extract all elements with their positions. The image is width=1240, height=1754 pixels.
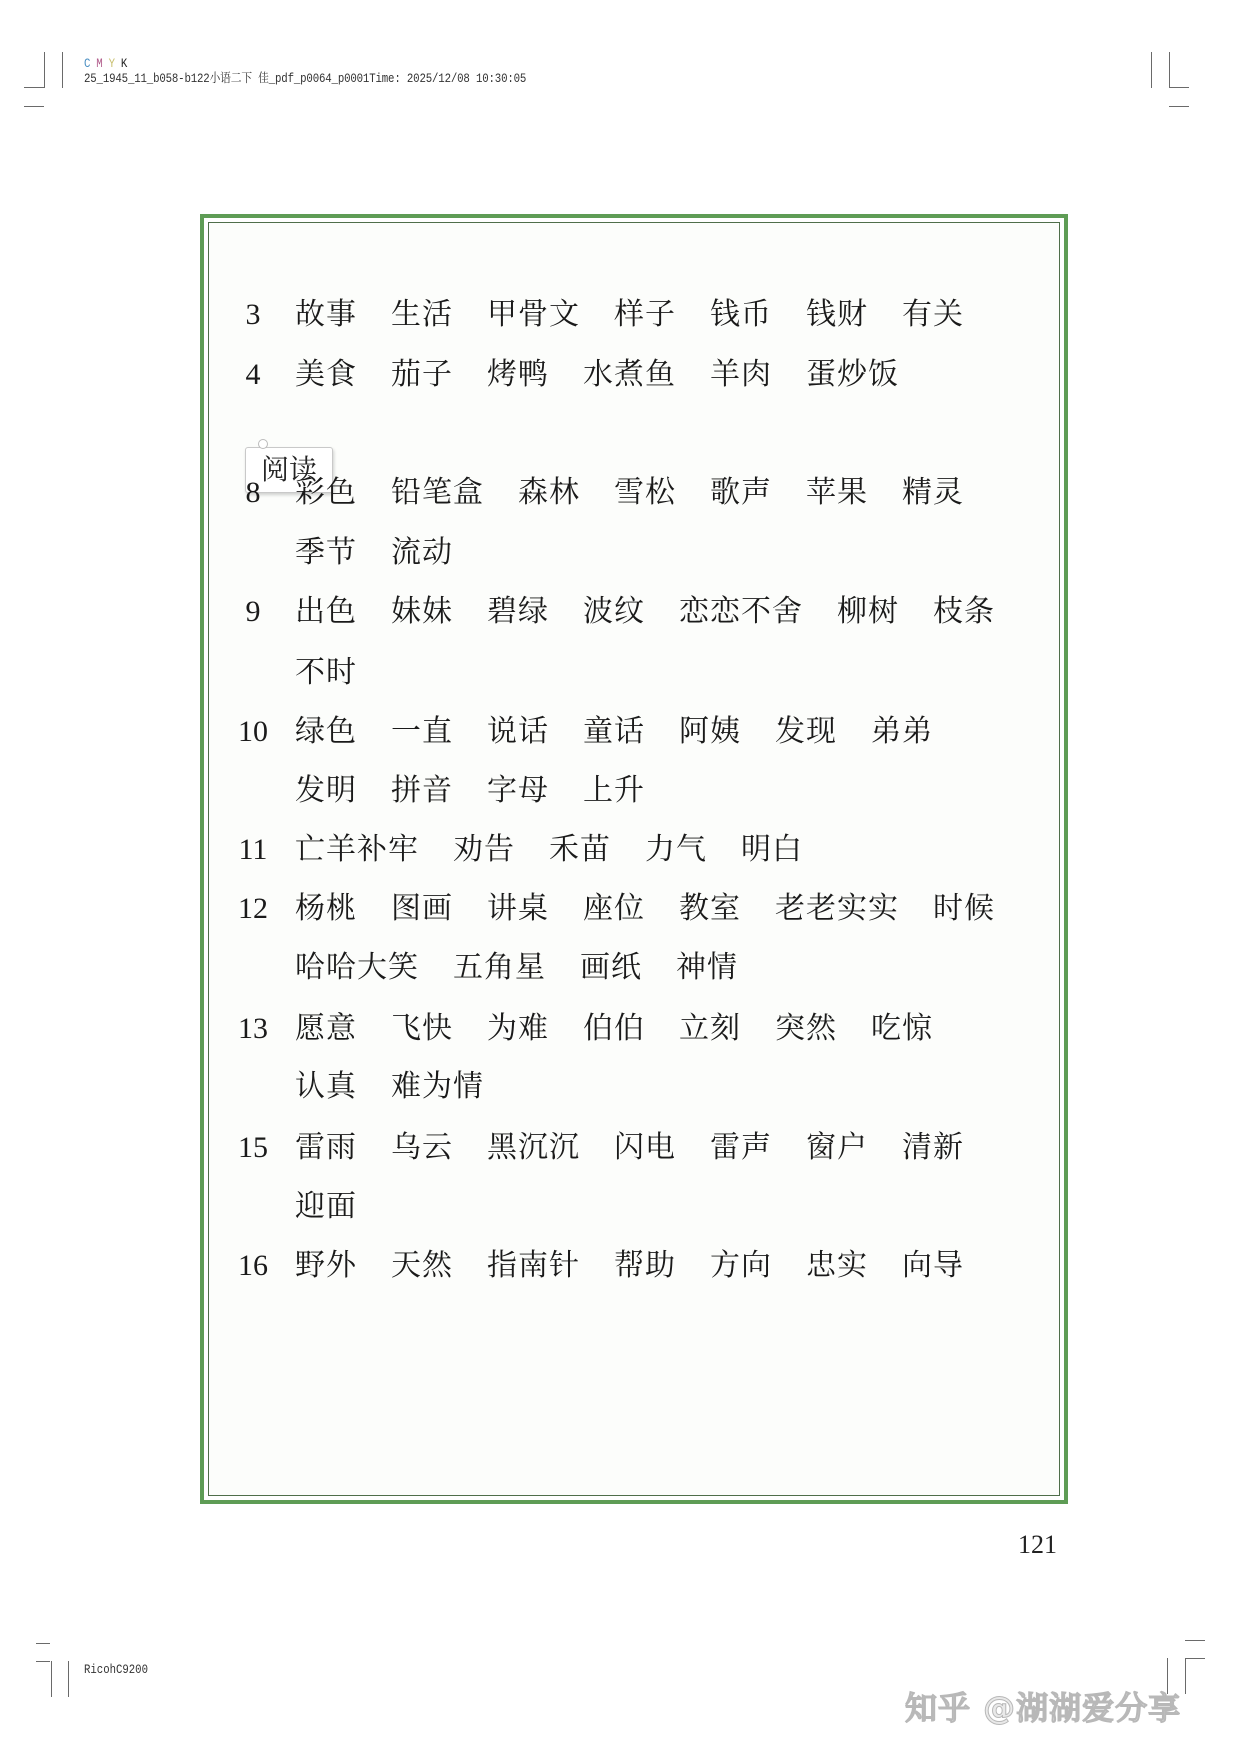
vocabulary-word: 杨桃 <box>295 889 357 929</box>
word-list: 亡羊补牢劝告禾苗力气明白 <box>295 830 837 870</box>
word-list: 发明拼音字母上升 <box>295 771 679 811</box>
vocabulary-word: 生活 <box>391 295 453 335</box>
vocabulary-word: 波纹 <box>583 592 645 632</box>
vocabulary-word: 闪电 <box>614 1128 676 1168</box>
lesson-row: 8彩色铅笔盒森林雪松歌声苹果精灵 <box>209 473 1059 513</box>
crop-mark-tl-v2 <box>62 52 63 88</box>
lesson-number: 3 <box>223 295 283 335</box>
word-list: 愿意飞快为难伯伯立刻突然吃惊 <box>295 1009 967 1049</box>
print-job-line: 25_1945_11_b058-b122小语二下 佳_pdf_p0064_p00… <box>84 72 526 87</box>
vocabulary-word: 茄子 <box>391 355 453 395</box>
word-list: 迎面 <box>295 1187 391 1227</box>
vocabulary-word: 甲骨文 <box>487 295 580 335</box>
vocabulary-word: 天然 <box>391 1246 453 1286</box>
lesson-row: 10绿色一直说话童话阿姨发现弟弟 <box>209 712 1059 752</box>
vocabulary-word: 美食 <box>295 355 357 395</box>
vocabulary-word: 讲桌 <box>487 889 549 929</box>
watermark: 知乎 @湖湖爱分享 <box>905 1683 1181 1729</box>
vocabulary-word: 拼音 <box>391 771 453 811</box>
vocabulary-word: 清新 <box>902 1128 964 1168</box>
vocabulary-word: 水煮鱼 <box>583 355 676 395</box>
vocabulary-word: 座位 <box>583 889 645 929</box>
lesson-row: 迎面 <box>209 1187 1059 1227</box>
lesson-row: 11亡羊补牢劝告禾苗力气明白 <box>209 830 1059 870</box>
crop-mark-bl-v1 <box>51 1661 52 1697</box>
crop-mark-br-v1 <box>1185 1658 1186 1694</box>
vocabulary-word: 字母 <box>487 771 549 811</box>
vocabulary-word: 钱币 <box>710 295 772 335</box>
vocabulary-word: 精灵 <box>902 473 964 513</box>
vocabulary-word: 雷声 <box>710 1128 772 1168</box>
vocabulary-word: 教室 <box>679 889 741 929</box>
vocabulary-word: 上升 <box>583 771 645 811</box>
vocabulary-word: 吃惊 <box>871 1009 933 1049</box>
vocabulary-word: 黑沉沉 <box>487 1128 580 1168</box>
lesson-row: 认真难为情 <box>209 1067 1059 1107</box>
vocabulary-word: 哈哈大笑 <box>295 948 419 988</box>
vocabulary-word: 明白 <box>741 830 803 870</box>
vocabulary-word: 发明 <box>295 771 357 811</box>
vocabulary-word: 禾苗 <box>549 830 611 870</box>
crop-mark-bl-h2 <box>36 1661 50 1662</box>
vocabulary-word: 飞快 <box>391 1009 453 1049</box>
lesson-number: 11 <box>223 830 283 870</box>
word-list: 出色妹妹碧绿波纹恋恋不舍柳树枝条 <box>295 592 1029 632</box>
vocabulary-word: 帮助 <box>614 1246 676 1286</box>
word-list: 不时 <box>295 653 391 693</box>
vocabulary-word: 伯伯 <box>583 1009 645 1049</box>
vocabulary-word: 绿色 <box>295 712 357 752</box>
vocabulary-word: 迎面 <box>295 1187 357 1227</box>
crop-mark-tl-h2 <box>24 106 44 107</box>
vocabulary-word: 枝条 <box>933 592 995 632</box>
crop-mark-tr-h2 <box>1169 106 1189 107</box>
vocabulary-word: 铅笔盒 <box>391 473 484 513</box>
crop-mark-tl-v1 <box>44 52 45 88</box>
vocabulary-word: 歌声 <box>710 473 772 513</box>
word-list: 认真难为情 <box>295 1067 518 1107</box>
word-list: 哈哈大笑五角星画纸神情 <box>295 948 772 988</box>
vocabulary-word: 画纸 <box>580 948 642 988</box>
vocabulary-word: 认真 <box>295 1067 357 1107</box>
lesson-number: 10 <box>223 712 283 752</box>
vocabulary-word: 出色 <box>295 592 357 632</box>
vocabulary-word: 钱财 <box>806 295 868 335</box>
vocabulary-word: 为难 <box>487 1009 549 1049</box>
lesson-row: 9出色妹妹碧绿波纹恋恋不舍柳树枝条 <box>209 592 1059 632</box>
vocabulary-word: 不时 <box>295 653 357 693</box>
vocabulary-word: 时候 <box>933 889 995 929</box>
lesson-row: 发明拼音字母上升 <box>209 771 1059 811</box>
vocabulary-word: 彩色 <box>295 473 357 513</box>
crop-mark-br-h1 <box>1185 1640 1205 1641</box>
vocabulary-word: 图画 <box>391 889 453 929</box>
word-list: 彩色铅笔盒森林雪松歌声苹果精灵 <box>295 473 998 513</box>
lesson-row: 季节流动 <box>209 533 1059 573</box>
vocabulary-word: 老老实实 <box>775 889 899 929</box>
crop-mark-tr-v2 <box>1169 52 1170 88</box>
crop-mark-br-h2 <box>1185 1658 1205 1659</box>
vocabulary-word: 乌云 <box>391 1128 453 1168</box>
vocabulary-word: 季节 <box>295 533 357 573</box>
vocabulary-word: 柳树 <box>837 592 899 632</box>
lesson-row: 哈哈大笑五角星画纸神情 <box>209 948 1059 988</box>
crop-mark-tr-h1 <box>1169 87 1189 88</box>
vocabulary-word: 愿意 <box>295 1009 357 1049</box>
word-list: 杨桃图画讲桌座位教室老老实实时候 <box>295 889 1029 929</box>
vocabulary-word: 蛋炒饭 <box>806 355 899 395</box>
cmyk-y: Y <box>109 57 115 71</box>
crop-mark-bl-v2 <box>68 1661 69 1697</box>
vocabulary-word: 力气 <box>645 830 707 870</box>
crop-mark-tr-v1 <box>1151 52 1152 88</box>
lesson-row: 16野外天然指南针帮助方向忠实向导 <box>209 1246 1059 1286</box>
vocabulary-word: 立刻 <box>679 1009 741 1049</box>
crop-mark-tl-h1 <box>24 87 44 88</box>
vocabulary-word: 苹果 <box>806 473 868 513</box>
vocabulary-word: 雷雨 <box>295 1128 357 1168</box>
cmyk-c: C <box>84 57 90 71</box>
tag-ring-icon <box>258 439 268 449</box>
vocabulary-word: 发现 <box>775 712 837 752</box>
lesson-number: 4 <box>223 355 283 395</box>
vocabulary-word: 流动 <box>391 533 453 573</box>
lesson-number: 13 <box>223 1009 283 1049</box>
lesson-number: 15 <box>223 1128 283 1168</box>
vocabulary-word: 弟弟 <box>871 712 933 752</box>
lesson-row: 3故事生活甲骨文样子钱币钱财有关 <box>209 295 1059 335</box>
word-list: 故事生活甲骨文样子钱币钱财有关 <box>295 295 998 335</box>
cmyk-m: M <box>96 57 102 71</box>
lesson-row: 4美食茄子烤鸭水煮鱼羊肉蛋炒饭 <box>209 355 1059 395</box>
lesson-row: 15雷雨乌云黑沉沉闪电雷声窗户清新 <box>209 1128 1059 1168</box>
vocabulary-word: 说话 <box>487 712 549 752</box>
lesson-row: 不时 <box>209 653 1059 693</box>
vocabulary-frame-inner: 阅读 3故事生活甲骨文样子钱币钱财有关4美食茄子烤鸭水煮鱼羊肉蛋炒饭8彩色铅笔盒… <box>208 222 1060 1496</box>
vocabulary-word: 突然 <box>775 1009 837 1049</box>
vocabulary-word: 亡羊补牢 <box>295 830 419 870</box>
lesson-number: 12 <box>223 889 283 929</box>
vocabulary-list: 阅读 3故事生活甲骨文样子钱币钱财有关4美食茄子烤鸭水煮鱼羊肉蛋炒饭8彩色铅笔盒… <box>209 223 1059 1495</box>
vocabulary-word: 样子 <box>614 295 676 335</box>
page-number: 121 <box>1018 1530 1057 1560</box>
word-list: 野外天然指南针帮助方向忠实向导 <box>295 1246 998 1286</box>
vocabulary-word: 窗户 <box>806 1128 868 1168</box>
word-list: 美食茄子烤鸭水煮鱼羊肉蛋炒饭 <box>295 355 933 395</box>
vocabulary-word: 一直 <box>391 712 453 752</box>
vocabulary-word: 故事 <box>295 295 357 335</box>
vocabulary-word: 五角星 <box>453 948 546 988</box>
vocabulary-word: 童话 <box>583 712 645 752</box>
vocabulary-word: 森林 <box>518 473 580 513</box>
lesson-row: 13愿意飞快为难伯伯立刻突然吃惊 <box>209 1009 1059 1049</box>
vocabulary-word: 阿姨 <box>679 712 741 752</box>
lesson-number: 9 <box>223 592 283 632</box>
cmyk-color-bar: CMYK <box>84 57 526 72</box>
vocabulary-word: 恋恋不舍 <box>679 592 803 632</box>
word-list: 雷雨乌云黑沉沉闪电雷声窗户清新 <box>295 1128 998 1168</box>
vocabulary-word: 有关 <box>902 295 964 335</box>
crop-mark-bl-h1 <box>36 1643 50 1644</box>
vocabulary-word: 雪松 <box>614 473 676 513</box>
cmyk-k: K <box>121 57 127 71</box>
vocabulary-word: 难为情 <box>391 1067 484 1107</box>
vocabulary-word: 烤鸭 <box>487 355 549 395</box>
lesson-number: 8 <box>223 473 283 513</box>
lesson-row: 12杨桃图画讲桌座位教室老老实实时候 <box>209 889 1059 929</box>
printer-model: RicohC9200 <box>84 1662 148 1677</box>
vocabulary-word: 忠实 <box>806 1246 868 1286</box>
vocabulary-word: 羊肉 <box>710 355 772 395</box>
vocabulary-word: 劝告 <box>453 830 515 870</box>
vocabulary-word: 方向 <box>710 1246 772 1286</box>
vocabulary-frame: 阅读 3故事生活甲骨文样子钱币钱财有关4美食茄子烤鸭水煮鱼羊肉蛋炒饭8彩色铅笔盒… <box>200 214 1068 1504</box>
vocabulary-word: 野外 <box>295 1246 357 1286</box>
vocabulary-word: 妹妹 <box>391 592 453 632</box>
print-job-header: CMYK 25_1945_11_b058-b122小语二下 佳_pdf_p006… <box>84 57 526 87</box>
vocabulary-word: 神情 <box>676 948 738 988</box>
vocabulary-word: 向导 <box>902 1246 964 1286</box>
vocabulary-word: 指南针 <box>487 1246 580 1286</box>
word-list: 季节流动 <box>295 533 487 573</box>
vocabulary-word: 碧绿 <box>487 592 549 632</box>
lesson-number: 16 <box>223 1246 283 1286</box>
word-list: 绿色一直说话童话阿姨发现弟弟 <box>295 712 967 752</box>
